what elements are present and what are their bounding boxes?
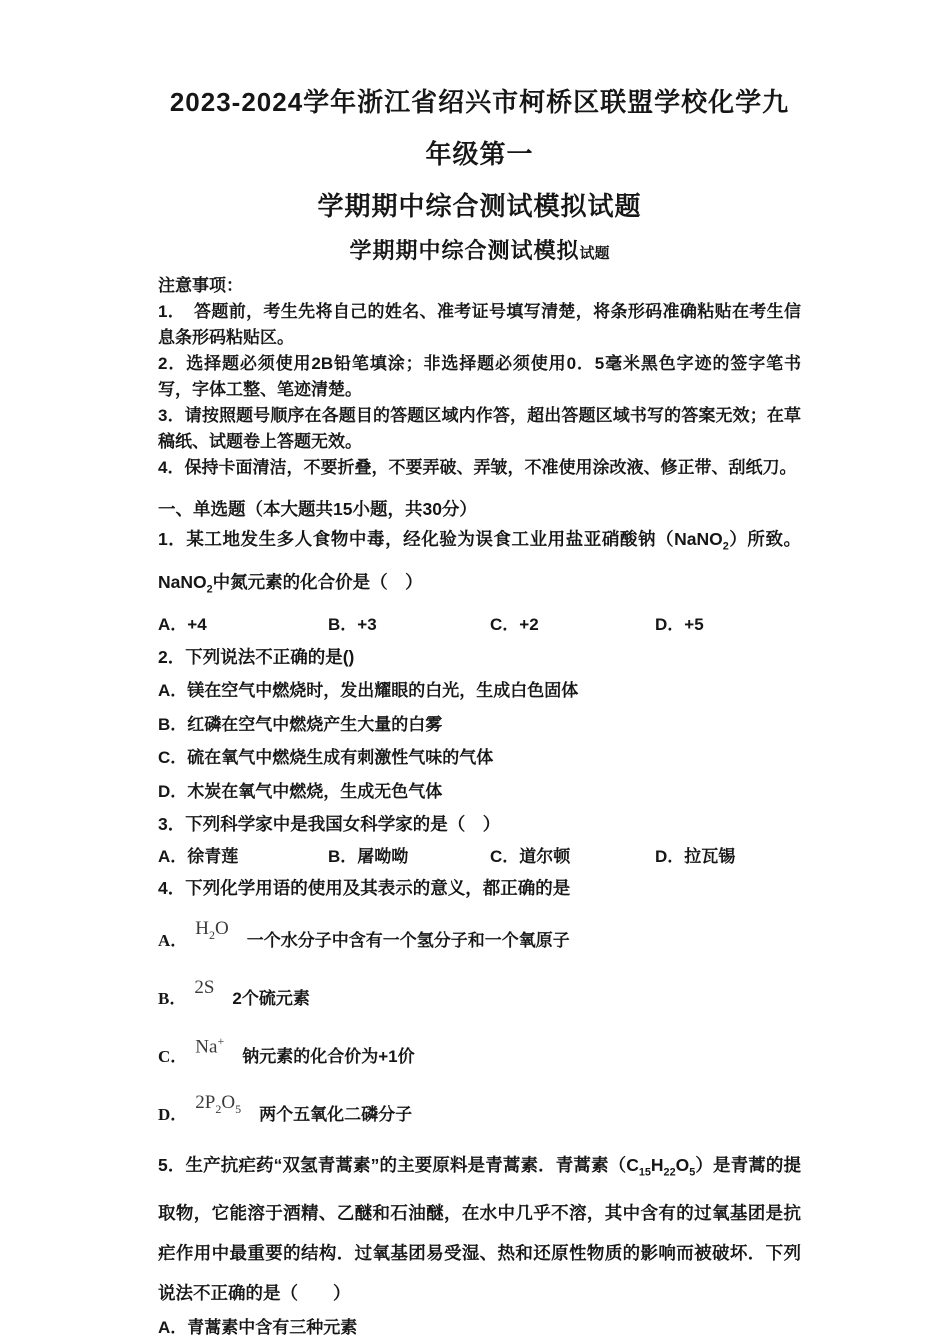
question-3-option-d: D．拉瓦锡: [655, 844, 801, 870]
question-3-option-b: B．屠呦呦: [328, 844, 490, 870]
notice-item-3: 3．请按照题号顺序在各题目的答题区域内作答，超出答题区域书写的答案无效；在草稿纸…: [158, 403, 801, 455]
option-description: 钠元素的化合价为+1价: [242, 1042, 414, 1067]
option-description: 两个五氧化二磷分子: [259, 1100, 412, 1125]
question-2-option-d: D．木炭在氧气中燃烧，生成无色气体: [158, 775, 801, 809]
paper-subtitle-small: 试题: [580, 245, 610, 262]
question-2-option-b: B．红磷在空气中燃烧产生大量的白雾: [158, 708, 801, 742]
section-one-heading: 一、单选题（本大题共15小题，共30分）: [158, 496, 801, 522]
question-4-stem: 4．下列化学用语的使用及其表示的意义，都正确的是: [158, 872, 801, 905]
question-3-option-c: C．道尔顿: [490, 844, 655, 870]
question-2-option-c: C．硫在氧气中燃烧生成有刺激性气味的气体: [158, 741, 801, 775]
question-5-option-a: A．青蒿素中含有三种元素: [158, 1315, 801, 1341]
notice-section: 注意事项： 1． 答题前，考生先将自己的姓名、准考证号填写清楚，将条形码准确粘贴…: [158, 273, 801, 481]
notice-item-2: 2．选择题必须使用2B铅笔填涂；非选择题必须使用0．5毫米黑色字迹的签字笔书写，…: [158, 351, 801, 403]
page-content: 2023-2024学年浙江省绍兴市柯桥区联盟学校化学九年级第一 学期期中综合测试…: [158, 0, 801, 1341]
chemical-formula-2p2o5: 2P2O5: [195, 1092, 241, 1117]
question-4-option-d: D． 2P2O5 两个五氧化二磷分子: [158, 1083, 801, 1141]
question-1-option-b: B．+3: [328, 612, 490, 638]
question-1-option-a: A．+4: [158, 612, 328, 638]
paper-title-line-1: 2023-2024学年浙江省绍兴市柯桥区联盟学校化学九年级第一: [158, 76, 801, 180]
chemical-formula-h2o: H2O: [195, 918, 228, 943]
question-1-stem: 1．某工地发生多人食物中毒，经化验为误食工业用盐亚硝酸钠（NaNO2）所致。Na…: [158, 522, 801, 607]
notice-heading: 注意事项：: [158, 273, 801, 299]
option-letter: D．: [158, 1100, 187, 1125]
option-letter: C．: [158, 1042, 187, 1067]
option-letter: A．: [158, 926, 187, 951]
paper-subtitle: 学期期中综合测试模拟试题: [158, 232, 801, 273]
question-4-options: A． H2O 一个水分子中含有一个氢分子和一个氧原子 B． 2S 2个硫元素 C…: [158, 909, 801, 1141]
question-3-option-a: A．徐青莲: [158, 844, 328, 870]
question-4-option-a: A． H2O 一个水分子中含有一个氢分子和一个氧原子: [158, 909, 801, 967]
question-1-option-d: D．+5: [655, 612, 801, 638]
question-3-stem: 3．下列科学家中是我国女科学家的是（ ）: [158, 808, 801, 841]
paper-subtitle-main: 学期期中综合测试模拟: [349, 238, 579, 263]
question-1-options: A．+4 B．+3 C．+2 D．+5: [158, 612, 801, 638]
option-description: 2个硫元素: [232, 984, 309, 1009]
paper-title-line-2: 学期期中综合测试模拟试题: [158, 180, 801, 232]
question-2-stem: 2．下列说法不正确的是(): [158, 640, 801, 674]
option-description: 一个水分子中含有一个氢分子和一个氧原子: [247, 926, 570, 951]
notice-item-4: 4．保持卡面清洁，不要折叠，不要弄破、弄皱，不准使用涂改液、修正带、刮纸刀。: [158, 455, 801, 481]
chemical-formula-na-plus: Na+: [195, 1034, 224, 1058]
question-4-option-b: B． 2S 2个硫元素: [158, 967, 801, 1025]
question-5-stem: 5．生产抗疟药“双氢青蒿素”的主要原料是青蒿素．青蒿素（C15H22O5）是青蒿…: [158, 1145, 801, 1313]
question-3-options: A．徐青莲 B．屠呦呦 C．道尔顿 D．拉瓦锡: [158, 844, 801, 870]
question-2-option-a: A．镁在空气中燃烧时，发出耀眼的白光，生成白色固体: [158, 674, 801, 708]
option-letter: B．: [158, 984, 186, 1009]
exam-paper-page: 2023-2024学年浙江省绍兴市柯桥区联盟学校化学九年级第一 学期期中综合测试…: [0, 0, 950, 1344]
paper-title-block: 2023-2024学年浙江省绍兴市柯桥区联盟学校化学九年级第一 学期期中综合测试…: [158, 0, 801, 273]
chemical-formula-2s: 2S: [194, 977, 214, 999]
question-4-option-c: C． Na+ 钠元素的化合价为+1价: [158, 1025, 801, 1083]
notice-item-1: 1． 答题前，考生先将自己的姓名、准考证号填写清楚，将条形码准确粘贴在考生信息条…: [158, 299, 801, 351]
question-1-option-c: C．+2: [490, 612, 655, 638]
question-2-options: A．镁在空气中燃烧时，发出耀眼的白光，生成白色固体 B．红磷在空气中燃烧产生大量…: [158, 674, 801, 808]
